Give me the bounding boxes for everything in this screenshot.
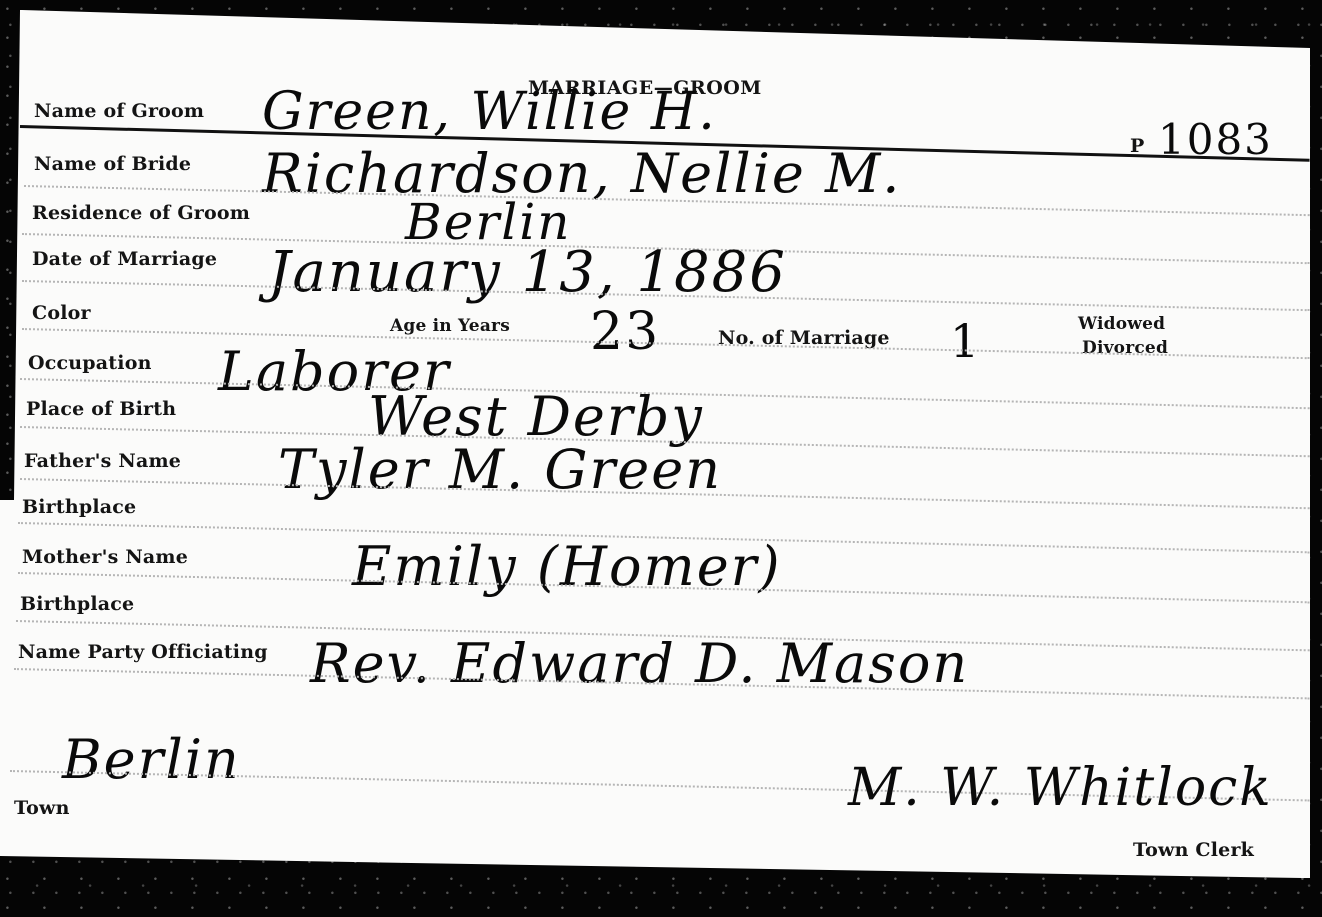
value-name-of-bride: Richardson, Nellie M.: [262, 142, 901, 205]
label-mothers-birthplace: Birthplace: [20, 593, 134, 615]
label-residence-of-groom: Residence of Groom: [32, 202, 250, 224]
label-name-party-officiating: Name Party Officiating: [18, 641, 268, 663]
label-town-clerk: Town Clerk: [1133, 839, 1254, 861]
value-no-of-marriage: 1: [950, 314, 981, 368]
value-town: Berlin: [62, 728, 241, 791]
label-fathers-birthplace: Birthplace: [22, 496, 136, 518]
label-mothers-name: Mother's Name: [22, 546, 188, 568]
value-name-party-officiating: Rev. Edward D. Mason: [310, 632, 969, 695]
label-name-of-groom: Name of Groom: [34, 100, 204, 122]
label-color: Color: [32, 302, 91, 324]
label-occupation: Occupation: [28, 352, 152, 374]
label-place-of-birth: Place of Birth: [26, 398, 176, 420]
label-fathers-name: Father's Name: [24, 450, 181, 472]
marriage-record-card: MARRIAGE—GROOM Name of Groom Green, Will…: [0, 0, 1322, 917]
label-town: Town: [14, 797, 70, 819]
label-date-of-marriage: Date of Marriage: [32, 248, 217, 270]
value-age-in-years: 23: [590, 302, 660, 362]
label-name-of-bride: Name of Bride: [34, 153, 191, 175]
page-ref-number: 1083: [1158, 115, 1273, 164]
page-ref-prefix: P: [1130, 135, 1145, 157]
value-town-clerk-signature: M. W. Whitlock: [848, 758, 1273, 818]
label-widowed: Widowed: [1078, 314, 1165, 334]
label-age-in-years: Age in Years: [390, 316, 510, 336]
